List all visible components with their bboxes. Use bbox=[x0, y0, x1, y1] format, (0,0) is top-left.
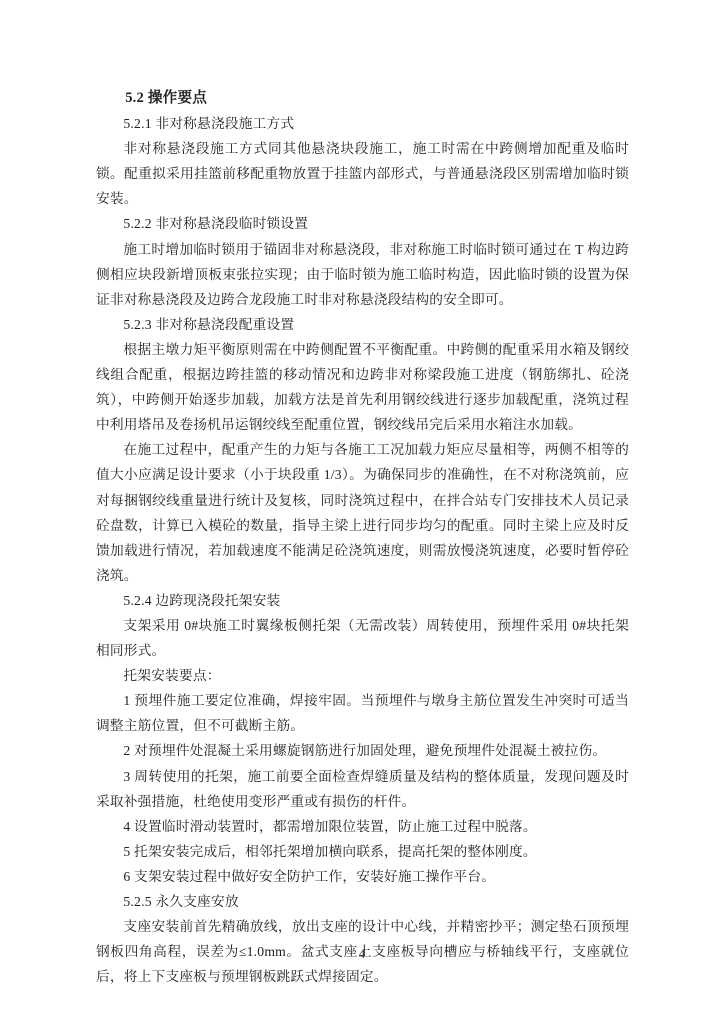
document-body: 5.2 操作要点 5.2.1 非对称悬浇段施工方式 非对称悬浇段施工方式同其他悬… bbox=[96, 86, 629, 989]
document-page: 5.2 操作要点 5.2.1 非对称悬浇段施工方式 非对称悬浇段施工方式同其他悬… bbox=[0, 0, 724, 1024]
list-item-6: 6 支架安装过程中做好安全防护工作，安装好施工操作平台。 bbox=[96, 864, 629, 889]
paragraph: 非对称悬浇段施工方式同其他悬浇块段施工，施工时需在中跨侧增加配重及临时锁。配重拟… bbox=[96, 136, 629, 211]
subsection-heading-5-2-2: 5.2.2 非对称悬浇段临时锁设置 bbox=[96, 211, 629, 236]
list-item-2: 2 对预埋件处混凝土采用螺旋钢筋进行加固处理，避免预埋件处混凝土被拉伤。 bbox=[96, 738, 629, 763]
subsection-heading-5-2-5: 5.2.5 永久支座安放 bbox=[96, 889, 629, 914]
paragraph: 在施工过程中，配重产生的力矩与各施工工况加载力矩应尽量相等，两侧不相等的值大小应… bbox=[96, 437, 629, 588]
list-item-4: 4 设置临时滑动装置时，都需增加限位装置，防止施工过程中脱落。 bbox=[96, 814, 629, 839]
paragraph: 支架采用 0#块施工时翼缘板侧托架（无需改装）周转使用，预埋件采用 0#块托架相… bbox=[96, 613, 629, 663]
paragraph: 根据主墩力矩平衡原则需在中跨侧配置不平衡配重。中跨侧的配重采用水箱及钢绞线组合配… bbox=[96, 337, 629, 437]
subsection-heading-5-2-4: 5.2.4 边跨现浇段托架安装 bbox=[96, 588, 629, 613]
list-item-1: 1 预埋件施工要定位准确，焊接牢固。当预埋件与墩身主筋位置发生冲突时可适当调整主… bbox=[96, 688, 629, 738]
paragraph: 施工时增加临时锁用于锚固非对称悬浇段，非对称施工时临时锁可通过在 T 构边跨侧相… bbox=[96, 237, 629, 312]
page-number: 4 bbox=[0, 944, 724, 964]
list-item-3: 3 周转使用的托架，施工前要全面检查焊缝质量及结构的整体质量，发现问题及时采取补… bbox=[96, 764, 629, 814]
subsection-heading-5-2-3: 5.2.3 非对称悬浇段配重设置 bbox=[96, 312, 629, 337]
paragraph-list-intro: 托架安装要点： bbox=[96, 663, 629, 688]
section-heading-5-2: 5.2 操作要点 bbox=[96, 86, 629, 111]
list-item-5: 5 托架安装完成后，相邻托架增加横向联系，提高托架的整体刚度。 bbox=[96, 839, 629, 864]
subsection-heading-5-2-1: 5.2.1 非对称悬浇段施工方式 bbox=[96, 111, 629, 136]
